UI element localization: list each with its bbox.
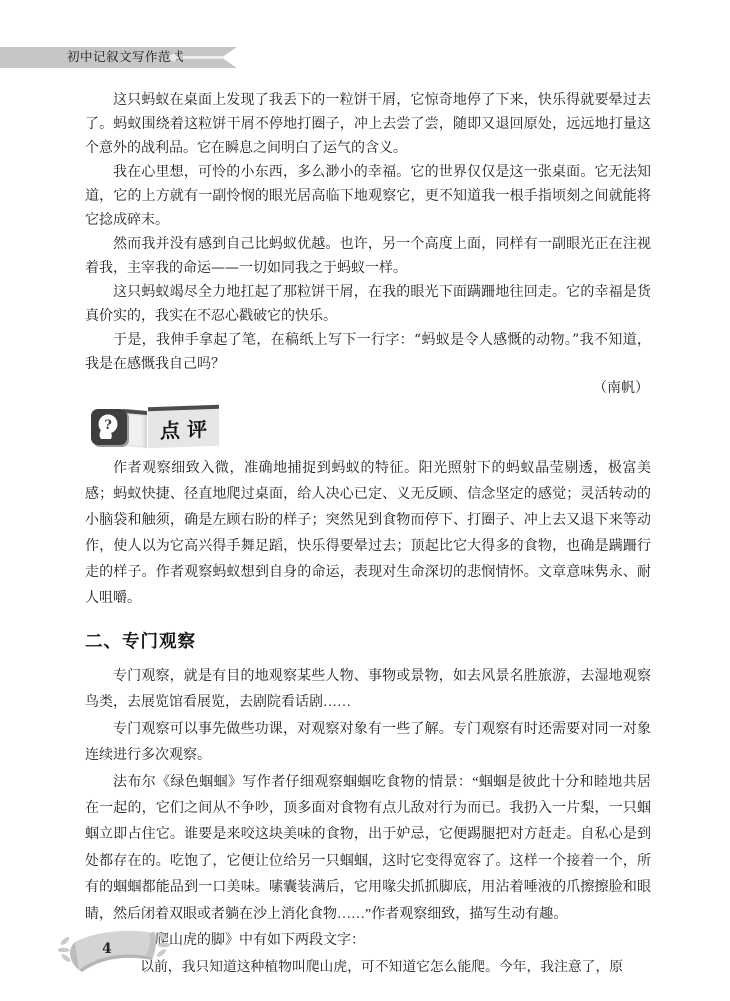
header-ribbon: 初中记叙文写作范式: [0, 47, 237, 68]
review-badge-label: 点评: [153, 413, 214, 444]
ribbon-banner-icon: [58, 924, 170, 980]
section-heading: 二、专门观察: [85, 628, 651, 653]
svg-text:?: ?: [104, 418, 112, 433]
section-paragraph: 法布尔《绿色蝈蝈》写作者仔细观察蝈蝈吃食物的情景：“蝈蝈是彼此十分和睦地共居在一…: [85, 770, 651, 928]
essay-excerpt: 这只蚂蚁在桌面上发现了我丢下的一粒饼干屑，它惊奇地停了下来，快乐得就要晕过去了。…: [85, 88, 651, 400]
essay-paragraph: 我在心里想，可怜的小东西，多么渺小的幸福。它的世界仅仅是这一张桌面。它无法知道，…: [85, 160, 651, 232]
left-leaf-icon: [58, 936, 72, 964]
page-content: 这只蚂蚁在桌面上发现了我丢下的一粒饼干屑，它惊奇地停了下来，快乐得就要晕过去了。…: [85, 88, 651, 981]
section-paragraph: 专门观察可以事先做些功课，对观察对象有一些了解。专门观察有时还需要对同一对象连续…: [85, 717, 651, 770]
essay-paragraph: 于是，我伸手拿起了笔，在稿纸上写下一行字：“蚂蚁是令人感慨的动物。”我不知道，我…: [85, 328, 651, 376]
header-rule: [183, 56, 222, 59]
section-paragraph: 专门观察，就是有目的地观察某些人物、事物或景物，如去风景名胜旅游，去湿地观察鸟类…: [85, 664, 651, 717]
page-number: 4: [102, 941, 112, 957]
review-badge: ? 点评: [91, 405, 231, 448]
essay-paragraph: 然而我并没有感到自己比蚂蚁优越。也许，另一个高度上面，同样有一副眼光正在注视着我…: [85, 232, 651, 280]
question-head-glyph: ?: [94, 412, 124, 442]
book-title: 初中记叙文写作范式: [67, 47, 184, 68]
open-book-icon: 点评: [121, 406, 219, 447]
book-right-page: 点评: [148, 405, 219, 448]
book-page: 初中记叙文写作范式 这只蚂蚁在桌面上发现了我丢下的一粒饼干屑，它惊奇地停了下来，…: [0, 0, 730, 1001]
page-number-ribbon: 4: [58, 924, 170, 980]
essay-paragraph: 这只蚂蚁竭尽全力地扛起了那粒饼干屑，在我的眼光下面蹒跚地往回走。它的幸福是货真价…: [85, 280, 651, 328]
review-paragraph: 作者观察细致入微，准确地捕捉到蚂蚁的特征。阳光照射下的蚂蚁晶莹剔透，极富美感；蚂…: [85, 456, 651, 612]
question-head-icon: ?: [91, 409, 127, 445]
right-leaf-icon: [156, 931, 170, 959]
review-section: 作者观察细致入微，准确地捕捉到蚂蚁的特征。阳光照射下的蚂蚁晶莹剔透，极富美感；蚂…: [85, 456, 651, 612]
essay-attribution: （南帆）: [85, 376, 651, 400]
essay-paragraph: 这只蚂蚁在桌面上发现了我丢下的一粒饼干屑，它惊奇地停了下来，快乐得就要晕过去了。…: [85, 88, 651, 160]
